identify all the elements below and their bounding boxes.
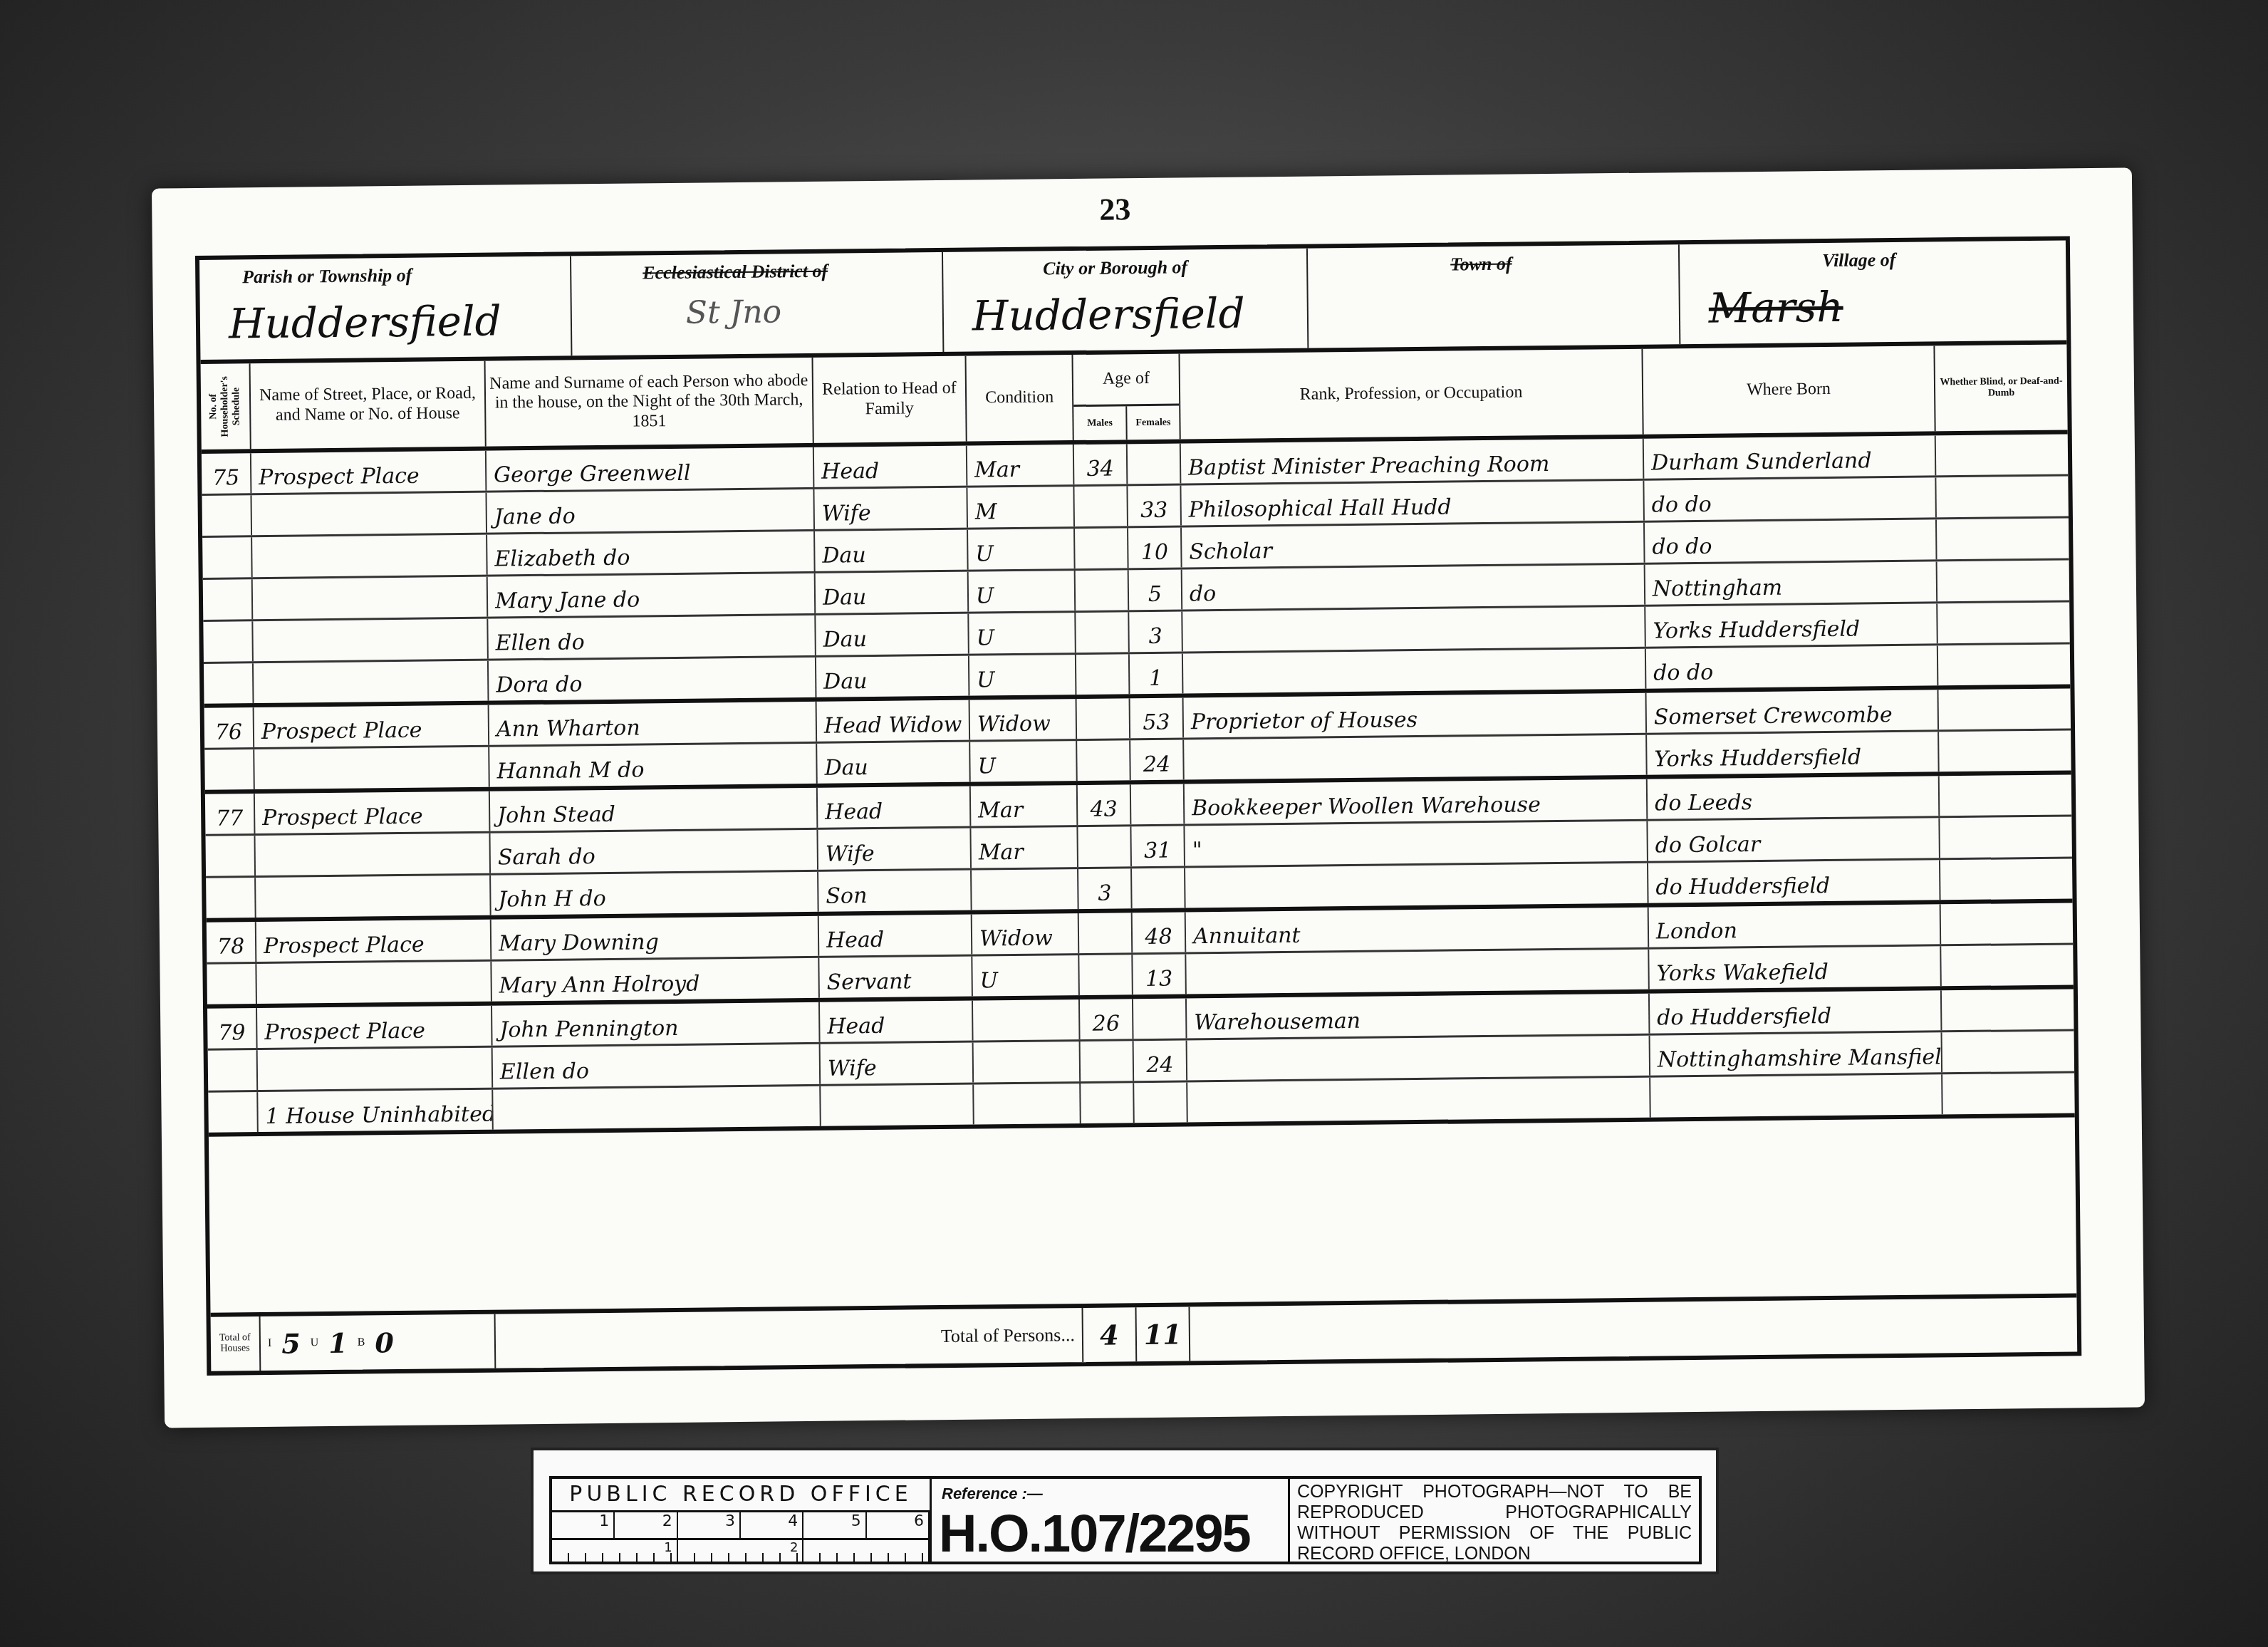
female-age-cell xyxy=(1131,784,1185,824)
schedule-cell xyxy=(202,495,252,536)
relation-cell: Servant xyxy=(819,957,973,998)
schedule-cell xyxy=(204,749,255,790)
occupation-cell xyxy=(1183,649,1647,694)
col-street: Name of Street, Place, or Road, and Name… xyxy=(251,361,487,449)
street-cell xyxy=(258,1048,494,1090)
female-age-cell: 48 xyxy=(1133,912,1187,952)
col-where-born: Where Born xyxy=(1643,345,1935,434)
occupation-cell: Annuitant xyxy=(1186,908,1650,952)
occupation-cell xyxy=(1187,1036,1651,1081)
relation-cell: Head xyxy=(819,915,973,956)
blind-cell xyxy=(1938,688,2071,729)
condition-cell: U xyxy=(968,529,1076,570)
ruler-tick xyxy=(803,1540,930,1563)
birthplace-cell: London xyxy=(1649,904,1942,947)
schedule-cell xyxy=(204,663,254,704)
blind-cell xyxy=(1940,816,2072,858)
birthplace-cell: do Huddersfield xyxy=(1648,860,1941,903)
female-age-cell: 1 xyxy=(1130,653,1184,694)
parish-label: Parish or Township of xyxy=(242,265,412,288)
occupation-cell xyxy=(1187,1078,1651,1123)
name-cell: George Greenwell xyxy=(487,447,815,491)
relation-cell xyxy=(821,1085,974,1126)
schedule-cell: 77 xyxy=(205,794,256,834)
col-blind: Whether Blind, or Deaf-and-Dumb xyxy=(1935,344,2067,431)
street-cell xyxy=(254,661,489,703)
census-form: Parish or Township of Huddersfield Eccle… xyxy=(195,236,2081,1375)
ecclesiastical-label: Ecclesiastical District of xyxy=(643,261,828,284)
condition-cell: Mar xyxy=(967,445,1075,486)
street-cell xyxy=(256,876,491,918)
birthplace-cell: Yorks Wakefield xyxy=(1649,946,1942,989)
schedule-cell xyxy=(202,537,253,578)
condition-cell: U xyxy=(972,955,1080,997)
occupation-cell: do xyxy=(1182,565,1646,610)
male-age-cell: 34 xyxy=(1074,444,1128,484)
male-age-cell xyxy=(1077,740,1131,781)
schedule-cell: 76 xyxy=(204,707,255,748)
schedule-cell xyxy=(208,1050,259,1091)
relation-cell: Dau xyxy=(816,614,969,655)
birthplace-cell: Yorks Huddersfield xyxy=(1645,603,1938,646)
male-age-cell: 43 xyxy=(1078,784,1132,825)
female-age-cell: 13 xyxy=(1133,954,1187,994)
ruler-cm: 123456 xyxy=(552,1512,930,1540)
birthplace-cell xyxy=(1650,1074,1943,1117)
relation-cell: Dau xyxy=(816,572,969,613)
relation-cell: Wife xyxy=(818,828,972,870)
male-age-cell: 26 xyxy=(1080,999,1134,1039)
blind-cell xyxy=(1942,989,2074,1030)
female-age-cell xyxy=(1132,868,1186,908)
condition-cell: Mar xyxy=(971,785,1078,826)
street-cell: Prospect Place xyxy=(256,920,492,962)
female-age-cell xyxy=(1128,443,1182,484)
uninhabited-count: 1 xyxy=(328,1326,348,1358)
office-title: PUBLIC RECORD OFFICE xyxy=(552,1479,930,1512)
birthplace-cell: Nottinghamshire Mansfield xyxy=(1650,1032,1943,1075)
name-cell: Jane do xyxy=(487,489,815,533)
street-cell: Prospect Place xyxy=(255,791,491,833)
male-age-cell xyxy=(1079,913,1133,953)
birthplace-cell: do Leeds xyxy=(1648,776,1940,819)
condition-cell: Widow xyxy=(972,913,1080,955)
col-occupation: Rank, Profession, or Occupation xyxy=(1180,349,1643,440)
village-cell: Village of Marsh xyxy=(1680,240,2066,344)
male-age-cell xyxy=(1076,570,1130,611)
ecclesiastical-value: St Jno xyxy=(686,293,782,331)
name-cell: Ellen do xyxy=(493,1044,821,1088)
total-houses-values: I 5 U 1 B 0 xyxy=(261,1314,496,1371)
condition-cell: Widow xyxy=(970,699,1078,740)
census-rows: 75Prospect PlaceGeorge GreenwellHeadMar3… xyxy=(202,434,2075,1136)
ruler-tick: 3 xyxy=(678,1512,741,1538)
birthplace-cell: Nottingham xyxy=(1645,561,1938,604)
schedule-cell xyxy=(203,621,254,662)
inhabited-prefix: I xyxy=(268,1337,272,1350)
male-age-cell xyxy=(1081,1083,1135,1123)
schedule-cell: 79 xyxy=(207,1008,258,1049)
birthplace-cell: do do xyxy=(1645,519,1937,562)
street-cell: 1 House Uninhabited xyxy=(258,1090,494,1132)
col-age-label: Age of xyxy=(1073,354,1179,407)
name-cell: Dora do xyxy=(489,658,817,701)
street-cell: Prospect Place xyxy=(257,1006,493,1048)
relation-cell: Head xyxy=(820,1001,974,1042)
total-houses-label: Total of Houses xyxy=(211,1316,261,1371)
blind-cell xyxy=(1936,434,2069,475)
female-age-cell xyxy=(1134,1082,1188,1123)
birthplace-cell: do Huddersfield xyxy=(1650,990,1942,1033)
col-age: Age of MalesFemales xyxy=(1073,354,1180,441)
ruler-tick: 1 xyxy=(552,1540,678,1563)
town-cell: Town of xyxy=(1308,244,1680,348)
schedule-cell xyxy=(205,836,256,876)
occupation-cell: " xyxy=(1185,821,1648,866)
schedule-cell xyxy=(203,579,254,620)
occupation-cell: Baptist Minister Preaching Room xyxy=(1181,439,1645,484)
uninhabited-prefix: U xyxy=(311,1336,319,1349)
copyright-notice: COPYRIGHT PHOTOGRAPH—NOT TO BE REPRODUCE… xyxy=(1290,1479,1699,1562)
relation-cell: Dau xyxy=(815,530,969,571)
relation-cell: Wife xyxy=(814,488,968,529)
parish-cell: Parish or Township of Huddersfield xyxy=(199,256,572,359)
blind-cell xyxy=(1941,903,2074,944)
name-cell xyxy=(493,1086,821,1130)
name-cell: Mary Ann Holroyd xyxy=(491,958,820,1002)
male-age-cell xyxy=(1074,486,1128,526)
name-cell: John Pennington xyxy=(492,1002,821,1046)
condition-cell: Mar xyxy=(971,827,1078,868)
female-age-cell: 33 xyxy=(1128,485,1182,526)
building-count: 0 xyxy=(375,1326,394,1358)
page-number: 23 xyxy=(1099,191,1131,227)
street-cell xyxy=(254,747,490,789)
condition-cell: U xyxy=(969,571,1076,612)
relation-cell: Head xyxy=(814,446,968,487)
blind-cell xyxy=(1937,602,2070,643)
relation-cell: Head Widow xyxy=(817,700,971,742)
female-age-cell: 3 xyxy=(1129,611,1183,652)
total-males: 4 xyxy=(1083,1307,1137,1362)
condition-cell: U xyxy=(969,613,1076,654)
district-header: Parish or Township of Huddersfield Eccle… xyxy=(199,240,2066,363)
street-cell xyxy=(252,535,488,577)
male-age-cell: 3 xyxy=(1078,868,1133,909)
name-cell: Sarah do xyxy=(490,830,818,873)
ecclesiastical-cell: Ecclesiastical District of St Jno xyxy=(571,252,944,355)
name-cell: Elizabeth do xyxy=(487,531,816,575)
building-prefix: B xyxy=(358,1336,365,1349)
name-cell: Ann Wharton xyxy=(489,702,818,745)
schedule-cell: 75 xyxy=(202,453,252,494)
female-age-cell: 5 xyxy=(1129,569,1183,610)
street-cell xyxy=(253,577,489,619)
female-age-cell: 10 xyxy=(1128,527,1182,568)
name-cell: Mary Jane do xyxy=(488,573,816,617)
ruler-inches: 12 xyxy=(552,1540,930,1563)
female-age-cell: 31 xyxy=(1131,826,1185,866)
town-label: Town of xyxy=(1450,254,1512,276)
inhabited-count: 5 xyxy=(281,1327,301,1359)
census-page: 23 Parish or Township of Huddersfield Ec… xyxy=(152,167,2145,1428)
scale-ruler: PUBLIC RECORD OFFICE 123456 12 xyxy=(552,1479,932,1562)
relation-cell: Head xyxy=(818,786,972,828)
relation-cell: Dau xyxy=(817,742,971,784)
name-cell: John H do xyxy=(491,872,819,915)
col-relation: Relation to Head of Family xyxy=(813,356,967,443)
public-record-office-label: PUBLIC RECORD OFFICE 123456 12 Reference… xyxy=(531,1448,1719,1574)
schedule-cell xyxy=(207,964,257,1004)
schedule-cell: 78 xyxy=(207,922,257,962)
female-age-cell xyxy=(1133,998,1187,1039)
ruler-tick: 5 xyxy=(803,1512,866,1538)
occupation-cell xyxy=(1186,950,1650,994)
village-label: Village of xyxy=(1822,249,1896,271)
parish-value: Huddersfield xyxy=(229,296,501,348)
female-age-cell: 53 xyxy=(1130,697,1185,738)
blind-cell xyxy=(1936,476,2069,517)
ruler-tick: 4 xyxy=(741,1512,803,1538)
ruler-tick: 1 xyxy=(552,1512,615,1538)
condition-cell: U xyxy=(969,655,1077,696)
male-age-cell xyxy=(1078,826,1132,867)
female-age-cell: 24 xyxy=(1130,739,1185,780)
birthplace-cell: do Golcar xyxy=(1648,818,1940,861)
birthplace-cell: Somerset Crewcombe xyxy=(1646,690,1939,732)
birthplace-cell: Durham Sunderland xyxy=(1644,435,1937,478)
birthplace-cell: do do xyxy=(1646,645,1939,688)
street-cell xyxy=(256,962,492,1004)
male-age-cell xyxy=(1075,528,1129,568)
male-age-cell xyxy=(1077,698,1131,739)
blind-cell xyxy=(1939,730,2071,771)
occupation-cell: Scholar xyxy=(1182,523,1645,568)
street-cell xyxy=(255,833,491,876)
blind-cell xyxy=(1942,1031,2075,1072)
male-age-cell xyxy=(1076,612,1130,653)
female-age-cell: 24 xyxy=(1134,1040,1188,1081)
reference-box: Reference :— H.O.107/2295 xyxy=(932,1479,1290,1562)
col-females: Females xyxy=(1127,406,1179,440)
birthplace-cell: Yorks Huddersfield xyxy=(1647,732,1940,774)
condition-cell xyxy=(974,1041,1081,1083)
col-name: Name and Surname of each Person who abod… xyxy=(486,358,814,447)
total-females: 11 xyxy=(1136,1306,1190,1361)
condition-cell: U xyxy=(970,741,1078,782)
birthplace-cell: do do xyxy=(1644,477,1937,520)
reference-number: H.O.107/2295 xyxy=(939,1503,1250,1564)
condition-cell xyxy=(973,999,1081,1041)
schedule-cell xyxy=(208,1092,259,1133)
borough-label: City or Borough of xyxy=(1043,256,1187,279)
ruler-tick: 6 xyxy=(867,1512,930,1538)
blind-cell xyxy=(1937,518,2069,559)
village-value: Marsh xyxy=(1708,283,1843,333)
male-age-cell xyxy=(1081,1041,1135,1081)
occupation-cell: Warehouseman xyxy=(1187,994,1650,1039)
col-males: Males xyxy=(1073,406,1127,440)
occupation-cell: Bookkeeper Woollen Warehouse xyxy=(1185,779,1648,824)
relation-cell: Dau xyxy=(816,656,970,697)
street-cell xyxy=(253,619,489,661)
relation-cell: Son xyxy=(818,871,972,912)
blind-cell xyxy=(1941,945,2074,986)
occupation-cell xyxy=(1182,607,1646,652)
relation-cell: Wife xyxy=(821,1043,974,1084)
blind-cell xyxy=(1938,644,2071,685)
name-cell: John Stead xyxy=(490,788,818,831)
name-cell: Hannah M do xyxy=(489,744,818,787)
blind-cell xyxy=(1940,774,2072,816)
male-age-cell xyxy=(1076,654,1130,695)
ruler-tick: 2 xyxy=(678,1540,804,1563)
condition-cell xyxy=(972,869,1079,910)
street-cell: Prospect Place xyxy=(254,705,490,747)
reference-label: Reference :— xyxy=(942,1485,1043,1503)
male-age-cell xyxy=(1079,955,1133,995)
occupation-cell: Philosophical Hall Hudd xyxy=(1181,481,1645,526)
name-cell: Ellen do xyxy=(488,615,816,659)
borough-value: Huddersfield xyxy=(972,289,1245,341)
street-cell: Prospect Place xyxy=(251,451,487,493)
schedule-cell xyxy=(206,878,256,918)
occupation-cell xyxy=(1184,735,1648,780)
col-condition: Condition xyxy=(966,355,1073,442)
blind-cell xyxy=(1942,1073,2075,1114)
occupation-cell xyxy=(1185,863,1649,908)
condition-cell: M xyxy=(967,487,1075,528)
totals-row: Total of Houses I 5 U 1 B 0 Total of Per… xyxy=(210,1293,2077,1371)
borough-cell: City or Borough of Huddersfield xyxy=(943,249,1309,352)
street-cell xyxy=(251,493,487,535)
ruler-tick: 2 xyxy=(615,1512,677,1538)
col-schedule: No. of Householder's Schedule xyxy=(201,363,251,450)
condition-cell xyxy=(974,1084,1081,1125)
blind-cell xyxy=(1940,858,2073,900)
total-persons-label: Total of Persons... xyxy=(496,1308,1084,1368)
name-cell: Mary Downing xyxy=(491,916,820,960)
occupation-cell: Proprietor of Houses xyxy=(1184,693,1648,738)
blind-cell xyxy=(1937,560,2070,601)
